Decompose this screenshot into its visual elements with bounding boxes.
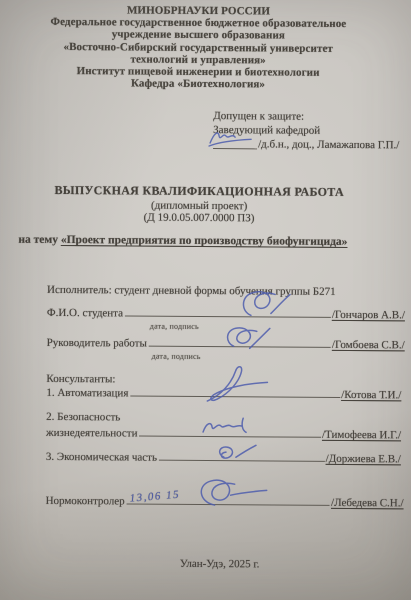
normcontrol-signature <box>189 473 269 512</box>
consultant1-signature <box>202 363 274 406</box>
work-code: (Д 19.0.05.007.0000 ПЗ) <box>1 211 398 226</box>
scanned-title-page: МИНОБРНАУКИ РОССИИ Федеральное государст… <box>0 0 411 600</box>
normcontrol-label: Нормоконтролер <box>46 495 125 508</box>
topic-title: «Проект предприятия по производству биоф… <box>61 234 348 248</box>
department-line: Кафедра «Биотехнология» <box>1 77 394 92</box>
normcontrol-signature-line: 13,06 15 <box>127 503 330 505</box>
student-signature-row: Ф.И.О. студента /Гончаров А.В./ <box>47 302 405 321</box>
consultant3-signature-line <box>159 460 325 462</box>
topic-line: на тему «Проект предприятия по производс… <box>18 234 347 248</box>
consultant3-name: /Доржиева Е.В./ <box>326 453 401 466</box>
supervisor-signature-line <box>149 346 331 348</box>
approval-block: Допущен к защите: Заведующий кафедрой /д… <box>213 110 400 153</box>
consultant3-signature <box>212 441 258 465</box>
supervisor-signature <box>222 322 274 352</box>
date-sign-caption-supervisor: дата, подпись <box>152 352 201 361</box>
approval-signature-row: /д.б.н., доц., Ламажапова Г.П./ <box>213 138 399 153</box>
work-title: ВЫПУСКНАЯ КВАЛИФИКАЦИОННАЯ РАБОТА <box>1 184 398 199</box>
consultant3-row: 3. Экономическая часть /Доржиева Е.В./ <box>46 446 401 465</box>
student-signature <box>237 285 293 321</box>
consultant2-row: жизнедеятельности /Тимофеева И.Г./ <box>46 422 401 441</box>
date-sign-caption-student: дата, подпись <box>150 322 199 331</box>
student-label: Ф.И.О. студента <box>47 307 123 320</box>
supervisor-signature-row: Руководитель работы /Гомбоева С.В./ <box>47 332 405 351</box>
consultant1-label: 1. Автоматизация <box>46 387 128 400</box>
consultant2-signature <box>199 414 251 440</box>
consultant1-name: /Котова Т.И./ <box>341 389 401 401</box>
consultant2-label-line2: жизнедеятельности <box>46 427 138 440</box>
consultant1-signature-line <box>130 395 340 397</box>
normcontrol-name: /Лебедева С.Н./ <box>331 497 404 510</box>
consultant3-label: 3. Экономическая часть <box>46 451 157 464</box>
topic-prefix: на тему <box>18 234 58 246</box>
consultant2-name: /Тимофеева И.Г./ <box>322 429 401 442</box>
student-name: /Гончаров А.В./ <box>332 309 405 322</box>
consultant1-row: 1. Автоматизация /Котова Т.И./ <box>46 382 401 401</box>
approval-signature-line <box>213 148 257 149</box>
consultant2-signature-line <box>139 436 321 438</box>
page-content: МИНОБРНАУКИ РОССИИ Федеральное государст… <box>0 0 411 600</box>
student-signature-line <box>125 315 331 317</box>
normcontrol-handwritten-date: 13,06 15 <box>129 489 180 505</box>
approval-credentials: /д.б.н., доц., Ламажапова Г.П./ <box>258 138 399 152</box>
supervisor-name: /Гомбоева С.В./ <box>332 339 405 352</box>
approval-permit-line: Допущен к защите: <box>213 110 399 125</box>
title-block: ВЫПУСКНАЯ КВАЛИФИКАЦИОННАЯ РАБОТА (дипло… <box>1 184 398 226</box>
city-year-footer: Улан-Удэ, 2025 г. <box>14 557 411 572</box>
normcontrol-row: Нормоконтролер 13,06 15 /Лебедева С.Н./ <box>46 490 404 509</box>
department-head-signature <box>207 127 259 151</box>
supervisor-label: Руководитель работы <box>47 337 147 350</box>
document-header: МИНОБРНАУКИ РОССИИ Федеральное государст… <box>1 4 395 92</box>
